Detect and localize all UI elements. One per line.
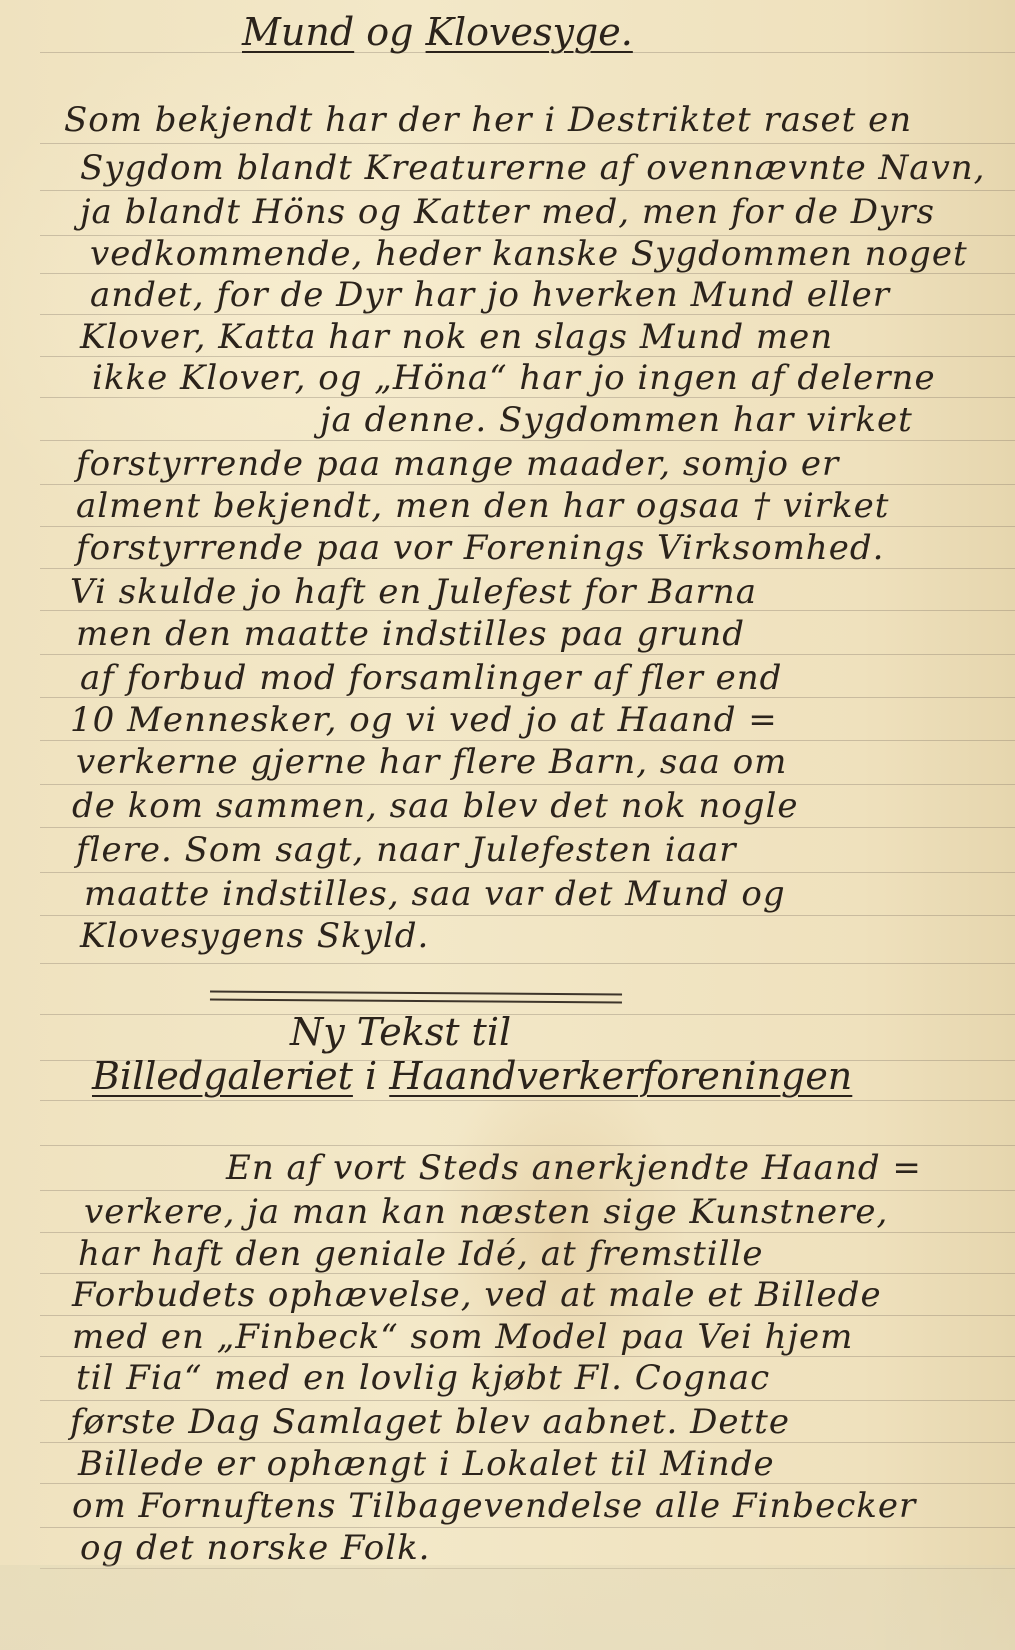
text-line: maatte indstilles, saa var det Mund og [84, 874, 786, 914]
text-line: andet, for de Dyr har jo hverken Mund el… [90, 275, 890, 315]
title-word: Haandverkerforeningen [389, 1054, 852, 1098]
text-line: og det norske Folk. [80, 1528, 430, 1568]
text-line: vedkommende, heder kanske Sygdommen noge… [90, 234, 968, 274]
section-divider [210, 991, 622, 1004]
ruled-line [40, 143, 1015, 144]
title-word: Klovesyge. [426, 10, 633, 54]
text-line: med en „Finbeck“ som Model paa Vei hjem [72, 1317, 853, 1357]
ruled-line [40, 1315, 1015, 1316]
ruled-line [40, 1100, 1015, 1101]
title-word: Billedgaleriet [92, 1054, 353, 1098]
ruled-line [40, 1145, 1015, 1146]
ruled-line [40, 1400, 1015, 1401]
text-line: 10 Mennesker, og vi ved jo at Haand = [70, 700, 778, 740]
ruled-line [40, 190, 1015, 191]
text-line: Forbudets ophævelse, ved at male et Bill… [72, 1275, 882, 1315]
text-line: de kom sammen, saa blev det nok nogle [72, 786, 798, 826]
ruled-line [40, 484, 1015, 485]
text-line: af forbud mod forsamlinger af fler end [80, 658, 782, 698]
text-line: første Dag Samlaget blev aabnet. Dette [70, 1402, 790, 1442]
title-word: i [365, 1054, 377, 1098]
text-line: ikke Klover, og „Höna“ har jo ingen af d… [92, 358, 936, 398]
ruled-line [40, 872, 1015, 873]
ruled-line [40, 1568, 1015, 1569]
text-line: En af vort Steds anerkjendte Haand = [226, 1148, 922, 1188]
ruled-line [40, 827, 1015, 828]
manuscript-page: Mund og Klovesyge. Som bekjendt har der … [0, 0, 1015, 1650]
section-title-line-2: Billedgaleriet i Haandverkerforeningen [92, 1054, 852, 1098]
text-line: ja denne. Sygdommen har virket [320, 400, 913, 440]
section-title-line-1: Ny Tekst til [290, 1010, 511, 1054]
title-word: og [366, 10, 413, 54]
ruled-line [40, 1190, 1015, 1191]
ruled-line [40, 740, 1015, 741]
text-line: Klovesygens Skyld. [80, 916, 429, 956]
text-line: men den maatte indstilles paa grund [76, 614, 745, 654]
text-line: Sygdom blandt Kreaturerne af ovennævnte … [80, 148, 986, 188]
text-line: verkerne gjerne har flere Barn, saa om [76, 742, 787, 782]
text-line: Klover, Katta har nok en slags Mund men [80, 317, 833, 357]
ruled-line [40, 784, 1015, 785]
text-line: til Fia“ med en lovlig kjøbt Fl. Cognac [76, 1358, 770, 1398]
text-line: Som bekjendt har der her i Destriktet ra… [64, 100, 912, 140]
ruled-line [40, 440, 1015, 441]
section-title: Mund og Klovesyge. [242, 10, 633, 54]
ruled-line [40, 1014, 1015, 1015]
text-line: har haft den geniale Idé, at fremstille [78, 1234, 764, 1274]
text-line: Vi skulde jo haft en Julefest for Barna [70, 572, 757, 612]
ruled-line [40, 1442, 1015, 1443]
text-line: forstyrrende paa mange maader, somjo er [76, 444, 839, 484]
text-line: forstyrrende paa vor Forenings Virksomhe… [76, 528, 884, 568]
ruled-line [40, 1232, 1015, 1233]
title-word: Mund [242, 10, 354, 54]
text-line: alment bekjendt, men den har ogsaa † vir… [76, 486, 889, 526]
text-line: om Fornuftens Tilbagevendelse alle Finbe… [72, 1486, 916, 1526]
ruled-line [40, 568, 1015, 569]
ruled-line [40, 654, 1015, 655]
ruled-line [40, 526, 1015, 527]
ruled-line [40, 963, 1015, 964]
text-line: verkere, ja man kan næsten sige Kunstner… [84, 1192, 888, 1232]
text-line: Billede er ophængt i Lokalet til Minde [78, 1444, 775, 1484]
text-line: flere. Som sagt, naar Julefesten iaar [76, 830, 736, 870]
text-line: ja blandt Höns og Katter med, men for de… [80, 192, 935, 232]
